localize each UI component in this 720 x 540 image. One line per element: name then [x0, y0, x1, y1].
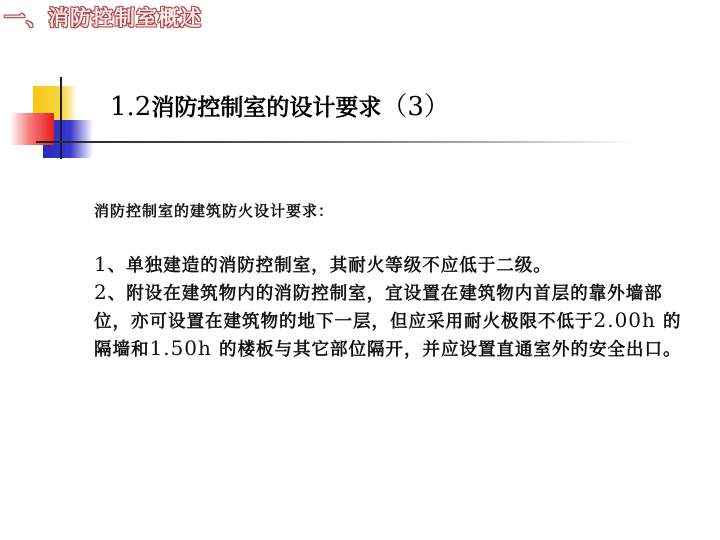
- body-intro: 消防控制室的建筑防火设计要求：: [94, 200, 684, 221]
- slide-title: 1.2消防控制室的设计要求（3）: [110, 86, 450, 123]
- item-text-after: 的楼板与其它部位隔开，并应设置直通室外的安全出口。: [212, 340, 682, 360]
- item-number: 1: [94, 252, 108, 276]
- item-text: 、单独建造的消防控制室，其耐火等级不应低于二级。: [108, 256, 552, 276]
- fire-resistance-wall-value: 2.00h: [594, 308, 656, 332]
- list-item-2: 2、附设在建筑物内的消防控制室，宜设置在建筑物内首层的靠外墙部位，亦可设置在建筑…: [94, 279, 684, 363]
- slide-title-number: 1.2: [110, 92, 151, 122]
- title-underline: [36, 141, 636, 143]
- vertical-line-decoration: [60, 77, 62, 159]
- slide-title-text: 消防控制室的设计要求: [151, 95, 381, 121]
- item-text-before: 、附设在建筑物内的消防控制室，宜设置在建筑物内首层的靠外墙部位，亦可设置在建筑物…: [94, 284, 663, 332]
- item-number: 2: [94, 280, 108, 304]
- list-item-1: 1、单独建造的消防控制室，其耐火等级不应低于二级。: [94, 251, 684, 279]
- fire-resistance-floor-value: 1.50h: [150, 336, 212, 360]
- slide-body: 消防控制室的建筑防火设计要求： 1、单独建造的消防控制室，其耐火等级不应低于二级…: [94, 200, 684, 363]
- slide-title-suffix: （3）: [381, 92, 450, 122]
- title-decoration: [0, 0, 140, 170]
